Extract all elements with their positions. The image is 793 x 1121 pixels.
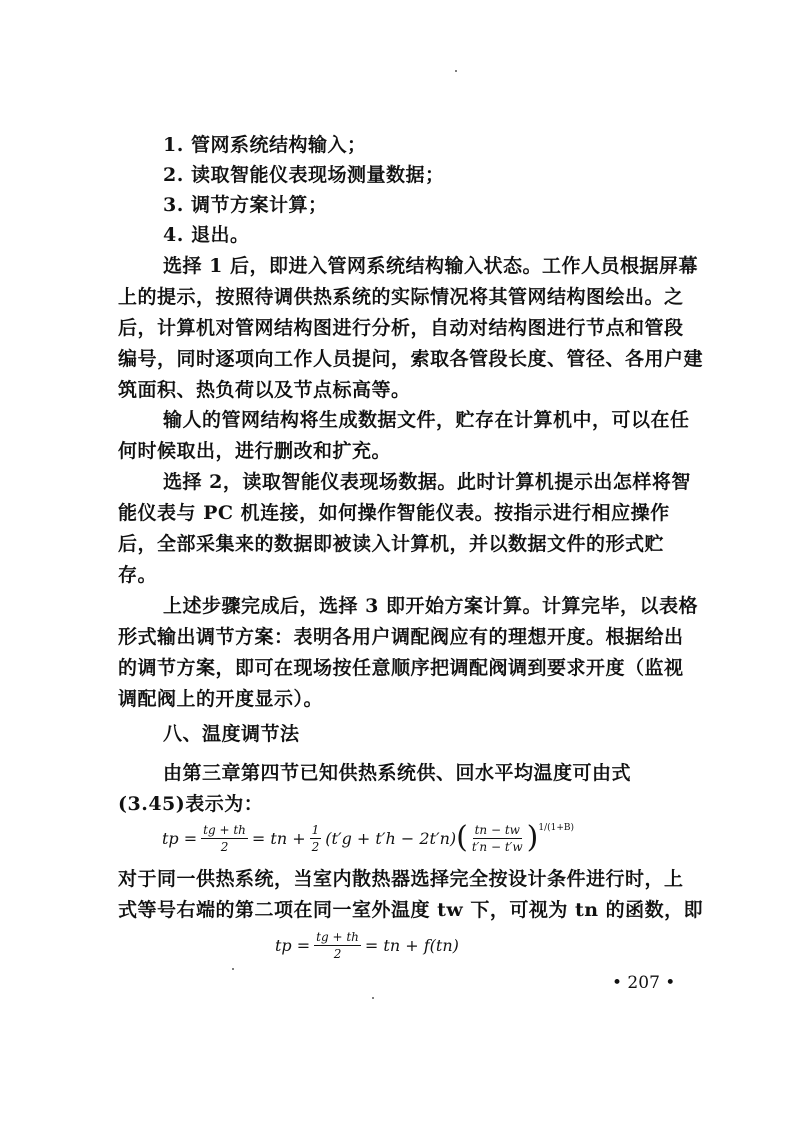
formula-function-form: tp = tg + th 2 = tn + f(tn): [275, 925, 459, 965]
document-page: 1. 管网系统结构输入； 2. 读取智能仪表现场测量数据； 3. 调节方案计算；…: [0, 0, 793, 1121]
paragraph-line: 的调节方案，即可在现场按任意顺序把调配阀调到要求开度（监视: [118, 656, 684, 680]
fraction: tg + th 2: [314, 930, 361, 961]
list-item-1: 1. 管网系统结构输入；: [163, 133, 366, 157]
paragraph-line: 选择 1 后，即进入管网系统结构输入状态。工作人员根据屏幕: [163, 254, 698, 278]
paragraph-line: 式等号右端的第二项在同一室外温度 tw 下，可视为 tn 的函数，即: [118, 898, 703, 922]
paragraph-line: 能仪表与 PC 机连接，如何操作智能仪表。按指示进行相应操作: [118, 501, 670, 525]
formula-mid: = tn +: [252, 829, 306, 848]
paragraph-line: 存。: [118, 563, 157, 587]
paragraph-line: 选择 2，读取智能仪表现场数据。此时计算机提示出怎样将智: [163, 470, 691, 494]
list-item-4: 4. 退出。: [163, 223, 249, 247]
paragraph-line: (3.45)表示为：: [118, 792, 263, 816]
fraction: 1 2: [310, 823, 322, 854]
paragraph-line: 调配阀上的开度显示）。: [118, 687, 323, 711]
paragraph-line: 上的提示，按照待调供热系统的实际情况将其管网结构图绘出。之: [118, 285, 684, 309]
paragraph-line: 后，计算机对管网结构图进行分析，自动对结构图进行节点和管段: [118, 316, 684, 340]
fraction: tg + th 2: [201, 823, 248, 854]
paragraph-line: 何时候取出，进行删改和扩充。: [118, 439, 391, 463]
list-item-2: 2. 读取智能仪表现场测量数据；: [163, 163, 444, 187]
paragraph-line: 筑面积、热负荷以及节点标高等。: [118, 378, 411, 402]
exponent: 1/(1+B): [538, 823, 574, 833]
scan-speck: [232, 968, 234, 970]
paragraph-line: 由第三章第四节已知供热系统供、回水平均温度可由式: [163, 761, 631, 785]
paragraph-line: 对于同一供热系统，当室内散热器选择完全按设计条件进行时，上: [118, 867, 684, 891]
paragraph-line: 输人的管网结构将生成数据文件，贮存在计算机中，可以在任: [163, 408, 690, 432]
scan-speck: [372, 997, 374, 999]
paragraph-line: 上述步骤完成后，选择 3 即开始方案计算。计算完毕，以表格: [163, 594, 698, 618]
scan-speck: [455, 70, 457, 72]
paragraph-line: 形式输出调节方案：表明各用户调配阀应有的理想开度。根据给出: [118, 625, 684, 649]
formula-mean-temperature: tp = tg + th 2 = tn + 1 2 (t′g + t′h − 2…: [162, 817, 574, 859]
list-item-3: 3. 调节方案计算；: [163, 193, 327, 217]
fraction: tn − tw t′n − t′w: [472, 823, 523, 854]
paragraph-line: 后，全部采集来的数据即被读入计算机，并以数据文件的形式贮: [118, 532, 664, 556]
formula-rhs: = tn + f(tn): [365, 936, 459, 955]
left-paren: (: [456, 823, 468, 853]
right-paren: ): [527, 823, 539, 853]
formula-lhs: tp =: [275, 936, 310, 955]
section-heading: 八、温度调节法: [163, 722, 300, 746]
formula-paren-expr: (t′g + t′h − 2t′n): [325, 829, 456, 848]
formula-lhs: tp =: [162, 829, 197, 848]
paragraph-line: 编号，同时逐项向工作人员提问，索取各管段长度、管径、各用户建: [118, 347, 703, 371]
page-number: • 207 •: [612, 973, 675, 993]
